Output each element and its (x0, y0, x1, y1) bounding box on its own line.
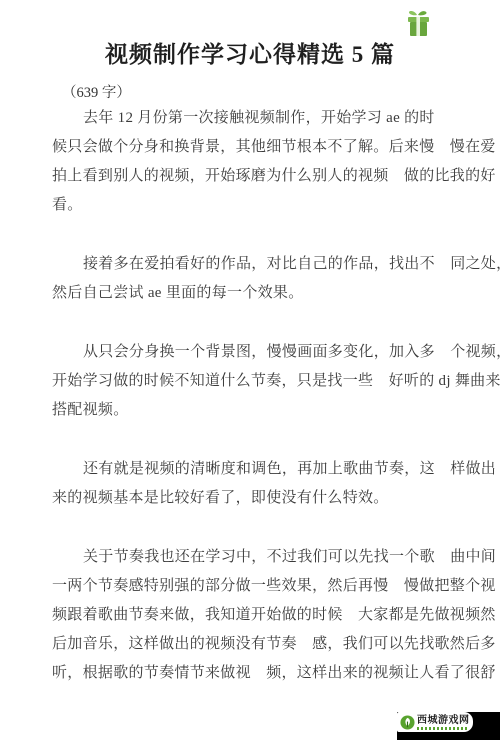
watermark-label: 西城游戏网 (397, 712, 473, 732)
text-line: 去年 12 月份第一次接触视频制作，开始学习 ae 的时 (52, 104, 460, 133)
text-line: 接着多在爱拍看好的作品，对比自己的作品，找出不 同之处， (52, 250, 460, 279)
text-line: 然后自己尝试 ae 里面的每一个效果。 (52, 279, 460, 308)
document-page: 视频制作学习心得精选 5 篇 （639 字） 去年 12 月份第一次接触视频制作… (0, 0, 500, 740)
text-line: 候只会做个分身和换背景，其他细节根本不了解。后来慢 慢在爱 (52, 133, 460, 162)
paragraph: 从只会分身换一个背景图，慢慢画面多变化，加入多 个视频，开始学习做的时候不知道什… (52, 338, 460, 425)
word-count: （639 字） (62, 83, 500, 103)
gift-box-icon (405, 9, 432, 39)
paragraph: 去年 12 月份第一次接触视频制作，开始学习 ae 的时候只会做个分身和换背景，… (52, 104, 460, 220)
text-line: 关于节奏我也还在学习中，不过我们可以先找一个歌 曲中间 (52, 543, 460, 572)
text-line: 开始学习做的时候不知道什么节奏，只是找一些 好听的 dj 舞曲来 (52, 367, 460, 396)
text-line: 后加音乐，这样做出的视频没有节奏 感，我们可以先找歌然后多 (52, 630, 460, 659)
text-line: 搭配视频。 (52, 396, 460, 425)
text-line: 来的视频基本是比较好看了，即使没有什么特效。 (52, 484, 460, 513)
site-logo-icon (400, 715, 415, 730)
text-line: 听，根据歌的节奏情节来做视 频，这样出来的视频让人看了很舒 (52, 659, 460, 688)
text-line: 从只会分身换一个背景图，慢慢画面多变化，加入多 个视频， (52, 338, 460, 367)
paragraph: 接着多在爱拍看好的作品，对比自己的作品，找出不 同之处，然后自己尝试 ae 里面… (52, 250, 460, 308)
text-line: 一两个节奏感特别强的部分做一些效果，然后再慢 慢做把整个视 (52, 572, 460, 601)
text-line: 看。 (52, 191, 460, 220)
watermark-tagline-dashes (417, 727, 469, 730)
paragraph: 关于节奏我也还在学习中，不过我们可以先找一个歌 曲中间一两个节奏感特别强的部分做… (52, 543, 460, 688)
text-line: 拍上看到别人的视频，开始琢磨为什么别人的视频 做的比我的好 (52, 162, 460, 191)
text-line: 频跟着歌曲节奏来做，我知道开始做的时候 大家都是先做视频然 (52, 601, 460, 630)
watermark: 西城游戏网 (397, 712, 500, 740)
page-title: 视频制作学习心得精选 5 篇 (20, 38, 480, 72)
watermark-site-name: 西城游戏网 (417, 715, 470, 726)
document-body: 去年 12 月份第一次接触视频制作，开始学习 ae 的时候只会做个分身和换背景，… (52, 104, 460, 688)
paragraph: 还有就是视频的清晰度和调色，再加上歌曲节奏，这 样做出来的视频基本是比较好看了，… (52, 455, 460, 513)
text-line: 还有就是视频的清晰度和调色，再加上歌曲节奏，这 样做出 (52, 455, 460, 484)
